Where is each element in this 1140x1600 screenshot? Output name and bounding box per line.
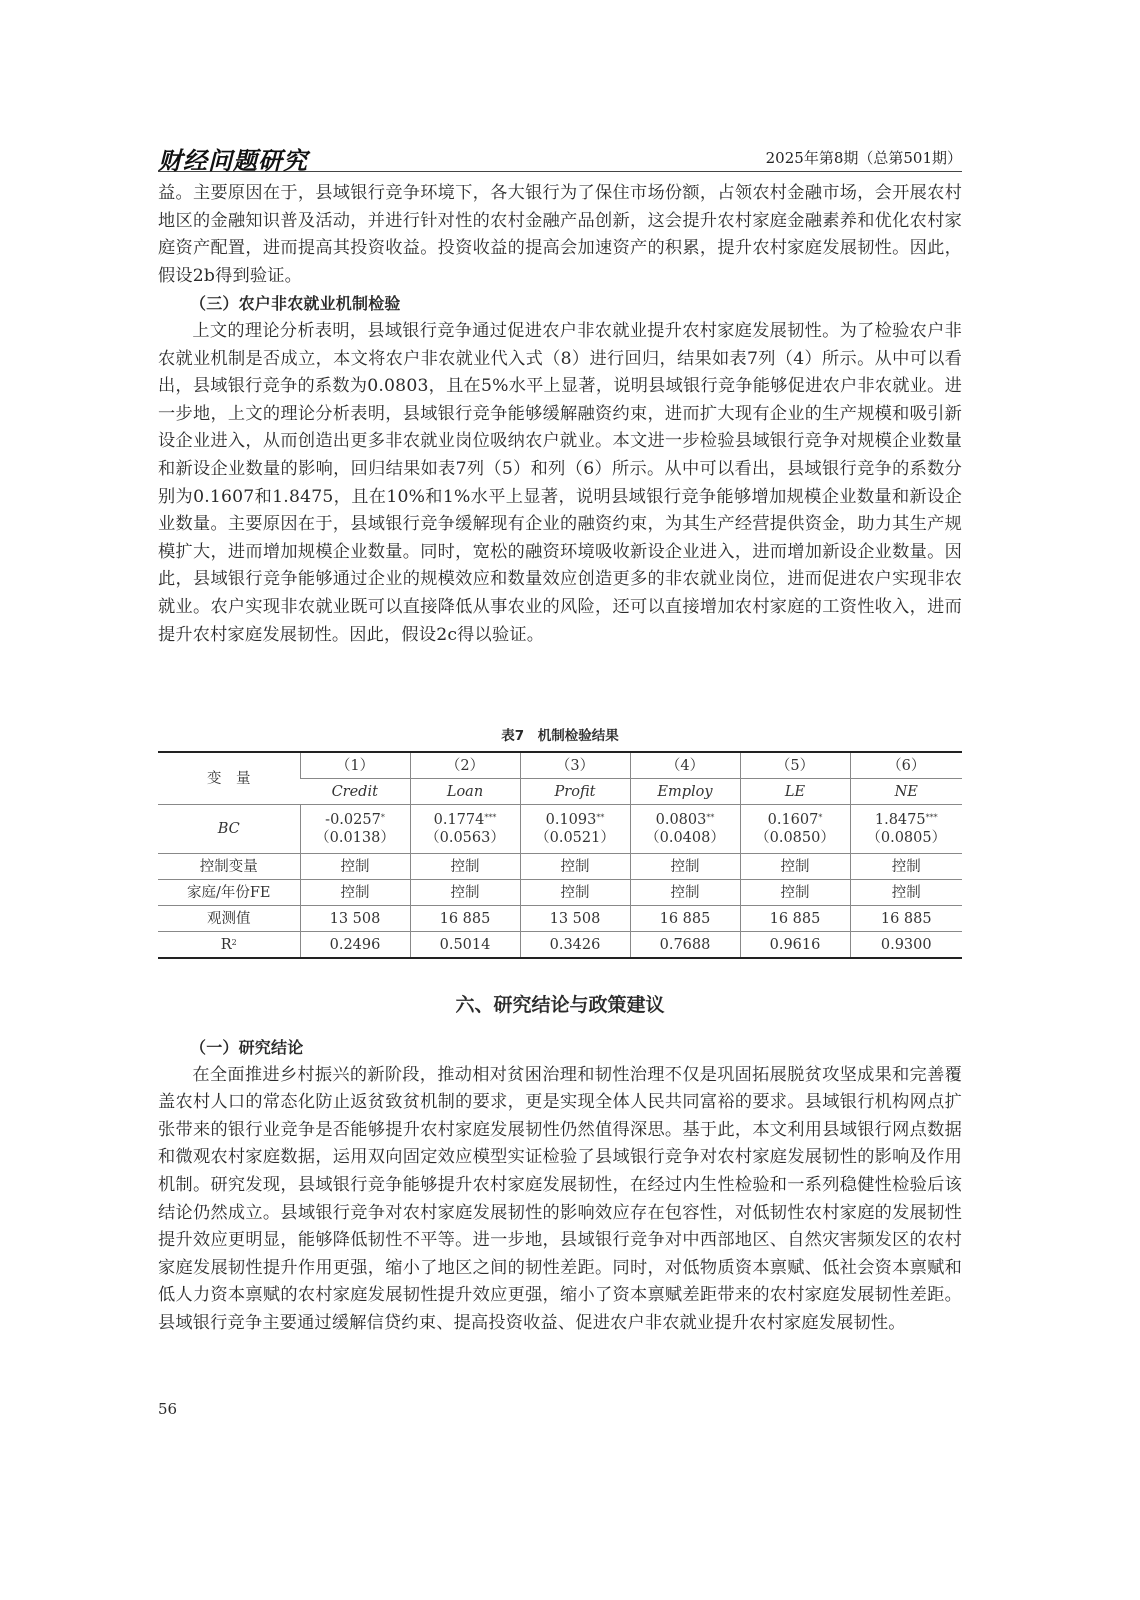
page-number: 56 xyxy=(158,1400,177,1418)
coef-cell: 0.1774***（0.0563） xyxy=(410,805,520,854)
cell: 控制 xyxy=(300,880,410,906)
cell: 16 885 xyxy=(850,906,962,932)
col-var: LE xyxy=(740,779,850,805)
cell: 13 508 xyxy=(520,906,630,932)
col-var: Profit xyxy=(520,779,630,805)
cell: 13 508 xyxy=(300,906,410,932)
cell: 0.9300 xyxy=(850,932,962,959)
cell: 控制 xyxy=(520,880,630,906)
variable-header: 变 量 xyxy=(158,752,300,805)
table-row-fe: 家庭/年份FE 控制 控制 控制 控制 控制 控制 xyxy=(158,880,962,906)
col-var: Employ xyxy=(630,779,740,805)
cell: 控制 xyxy=(740,880,850,906)
table-row-observations: 观测值 13 508 16 885 13 508 16 885 16 885 1… xyxy=(158,906,962,932)
col-number: （4） xyxy=(630,752,740,779)
col-number: （3） xyxy=(520,752,630,779)
paragraph-conclusions: 在全面推进乡村振兴的新阶段，推动相对贫困治理和韧性治理不仅是巩固拓展脱贫攻坚成果… xyxy=(158,1062,962,1338)
coef-cell: 0.1093**（0.0521） xyxy=(520,805,630,854)
cell: 控制 xyxy=(850,854,962,880)
text-block-lower: （一）研究结论 在全面推进乡村振兴的新阶段，推动相对贫困治理和韧性治理不仅是巩固… xyxy=(158,1034,962,1338)
cell: 控制 xyxy=(410,880,520,906)
cell: 控制 xyxy=(850,880,962,906)
cell: 16 885 xyxy=(740,906,850,932)
cell: 控制 xyxy=(630,854,740,880)
paragraph-continued: 益。主要原因在于，县域银行竞争环境下，各大银行为了保住市场份额，占领农村金融市场… xyxy=(158,180,962,290)
row-label: 观测值 xyxy=(158,906,300,932)
row-label: 家庭/年份FE xyxy=(158,880,300,906)
col-number: （1） xyxy=(300,752,410,779)
issue-info: 2025年第8期（总第501期） xyxy=(766,147,962,168)
cell: 0.5014 xyxy=(410,932,520,959)
coef-cell: 0.1607*（0.0850） xyxy=(740,805,850,854)
cell: 0.3426 xyxy=(520,932,630,959)
coef-cell: 1.8475***（0.0805） xyxy=(850,805,962,854)
cell: 控制 xyxy=(630,880,740,906)
table-row-controls: 控制变量 控制 控制 控制 控制 控制 控制 xyxy=(158,854,962,880)
table-header-row-numbers: 变 量 （1） （2） （3） （4） （5） （6） xyxy=(158,752,962,779)
table-row-bc: BC -0.0257*（0.0138） 0.1774***（0.0563） 0.… xyxy=(158,805,962,854)
journal-title: 财经问题研究 xyxy=(158,141,308,176)
text-block-upper: 益。主要原因在于，县域银行竞争环境下，各大银行为了保住市场份额，占领农村金融市场… xyxy=(158,180,962,649)
row-label: R2 xyxy=(158,932,300,959)
subsection-heading-conclusions: （一）研究结论 xyxy=(158,1034,962,1062)
coef-cell: -0.0257*（0.0138） xyxy=(300,805,410,854)
cell: 0.2496 xyxy=(300,932,410,959)
col-number: （5） xyxy=(740,752,850,779)
row-label: BC xyxy=(158,805,300,854)
col-var: Credit xyxy=(300,779,410,805)
table-row-r2: R2 0.2496 0.5014 0.3426 0.7688 0.9616 0.… xyxy=(158,932,962,959)
subsection-heading-3: （三）农户非农就业机制检验 xyxy=(158,290,962,318)
row-label: 控制变量 xyxy=(158,854,300,880)
cell: 控制 xyxy=(410,854,520,880)
coef-cell: 0.0803**（0.0408） xyxy=(630,805,740,854)
cell: 16 885 xyxy=(630,906,740,932)
col-number: （6） xyxy=(850,752,962,779)
cell: 16 885 xyxy=(410,906,520,932)
cell: 控制 xyxy=(740,854,850,880)
results-table: 变 量 （1） （2） （3） （4） （5） （6） Credit Loan … xyxy=(158,751,962,959)
page-header: 财经问题研究 2025年第8期（总第501期） xyxy=(158,141,962,172)
col-var: NE xyxy=(850,779,962,805)
section-title: 六、研究结论与政策建议 xyxy=(158,990,962,1017)
cell: 0.9616 xyxy=(740,932,850,959)
table-caption: 表7 机制检验结果 xyxy=(158,724,962,744)
paragraph-employment-mechanism: 上文的理论分析表明，县域银行竞争通过促进农户非农就业提升农村家庭发展韧性。为了检… xyxy=(158,318,962,649)
col-number: （2） xyxy=(410,752,520,779)
cell: 0.7688 xyxy=(630,932,740,959)
col-var: Loan xyxy=(410,779,520,805)
cell: 控制 xyxy=(520,854,630,880)
cell: 控制 xyxy=(300,854,410,880)
